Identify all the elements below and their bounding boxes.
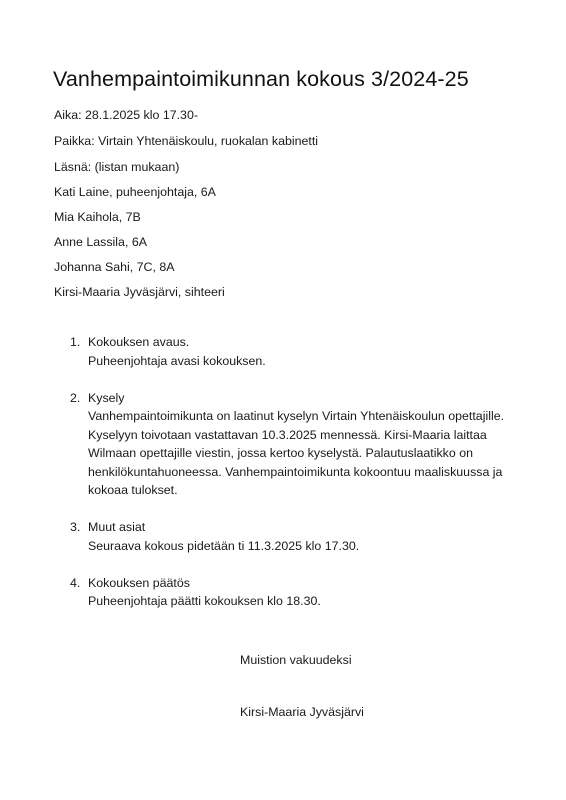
agenda-item-number: 3.	[70, 518, 80, 537]
agenda-item: 4. Kokouksen päätös Puheenjohtaja päätti…	[70, 574, 510, 611]
agenda-item-heading: Kokouksen päätös	[88, 574, 510, 593]
meeting-time: Aika: 28.1.2025 klo 17.30-	[54, 108, 198, 122]
agenda-item-number: 1.	[70, 333, 80, 352]
agenda-list: 1. Kokouksen avaus. Puheenjohtaja avasi …	[70, 333, 510, 629]
agenda-item-number: 2.	[70, 389, 80, 408]
attendee: Kati Laine, puheenjohtaja, 6A	[54, 185, 216, 199]
attendee: Kirsi-Maaria Jyväsjärvi, sihteeri	[54, 285, 225, 299]
agenda-item-text: Puheenjohtaja avasi kokouksen.	[88, 352, 510, 371]
agenda-item-heading: Muut asiat	[88, 518, 510, 537]
meeting-place: Paikka: Virtain Yhtenäiskoulu, ruokalan …	[54, 134, 318, 148]
document-page: Vanhempaintoimikunnan kokous 3/2024-25 A…	[0, 0, 566, 800]
agenda-item: 3. Muut asiat Seuraava kokous pidetään t…	[70, 518, 510, 555]
agenda-item-heading: Kysely	[88, 389, 510, 408]
agenda-item-text: Puheenjohtaja päätti kokouksen klo 18.30…	[88, 592, 510, 611]
agenda-item: 2. Kysely Vanhempaintoimikunta on laatin…	[70, 389, 510, 500]
attendee: Mia Kaihola, 7B	[54, 210, 141, 224]
signature-name: Kirsi-Maaria Jyväsjärvi	[240, 705, 364, 719]
agenda-item-heading: Kokouksen avaus.	[88, 333, 510, 352]
attendee: Johanna Sahi, 7C, 8A	[54, 260, 175, 274]
agenda-item: 1. Kokouksen avaus. Puheenjohtaja avasi …	[70, 333, 510, 370]
signature-label: Muistion vakuudeksi	[240, 653, 352, 667]
attendee: Anne Lassila, 6A	[54, 235, 147, 249]
agenda-item-text: Seuraava kokous pidetään ti 11.3.2025 kl…	[88, 537, 510, 556]
document-title: Vanhempaintoimikunnan kokous 3/2024-25	[53, 67, 469, 92]
present-label: Läsnä: (listan mukaan)	[54, 160, 179, 174]
agenda-item-number: 4.	[70, 574, 80, 593]
agenda-item-text: Vanhempaintoimikunta on laatinut kyselyn…	[88, 407, 510, 500]
